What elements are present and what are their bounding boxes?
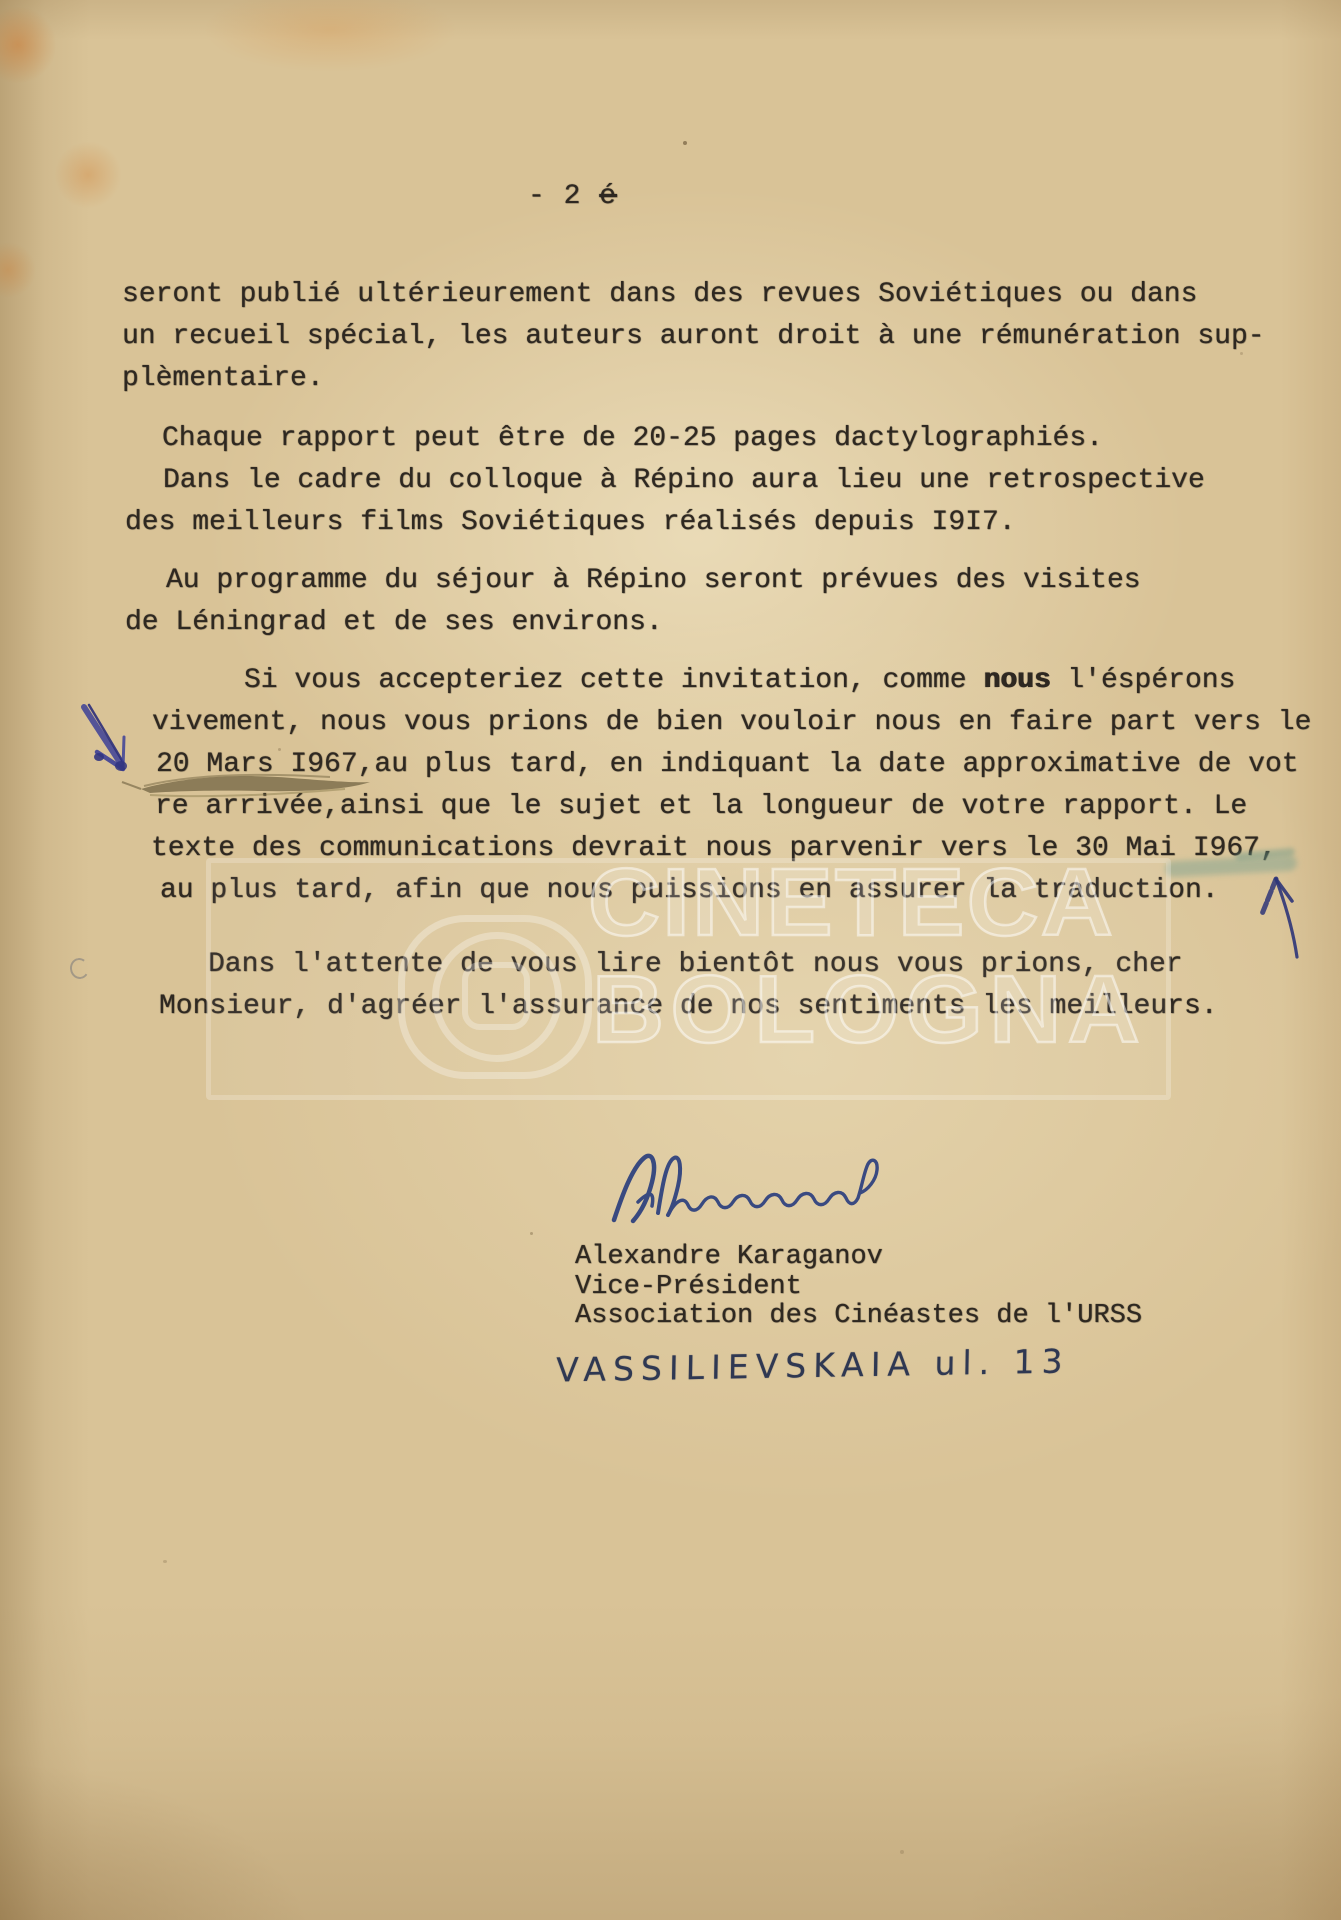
letter-line: vivement, nous vous prions de bien voulo… <box>152 702 1341 744</box>
letter-line: au plus tard, afin que nous puissions en… <box>160 870 1341 912</box>
letter-line: Dans le cadre du colloque à Répino aura … <box>163 460 1341 502</box>
letter-line: Chaque rapport peut être de 20-25 pages … <box>162 418 1341 460</box>
paper-speck <box>163 1560 167 1563</box>
down-arrow-icon <box>84 705 127 771</box>
letter-line: des meilleurs films Soviétiques réalisés… <box>125 502 1341 544</box>
letter-line: un recueil spécial, les auteurs auront d… <box>122 316 1341 358</box>
letter-line-segment: l'éspérons <box>1051 665 1236 696</box>
letter-body: seront publié ultérieurement dans des re… <box>122 274 1341 1028</box>
margin-c-mark <box>68 957 90 981</box>
signer-title: Vice-Président <box>575 1273 1142 1303</box>
signer-name: Alexandre Karaganov <box>575 1243 1142 1273</box>
paper-speck <box>900 1850 904 1854</box>
letter-line: Au programme du séjour à Répino seront p… <box>166 560 1341 602</box>
paper-speck <box>1240 352 1243 355</box>
letter-line: seront publié ultérieurement dans des re… <box>122 274 1341 316</box>
handwritten-signature <box>614 1156 877 1221</box>
letter-line: re arrivée,ainsi que le sujet et la long… <box>155 786 1341 828</box>
closing-block: Alexandre Karaganov Vice-Président Assoc… <box>575 1243 1142 1332</box>
page-number: - 2 é <box>528 176 617 218</box>
paper-speck <box>530 1232 533 1235</box>
signer-organization: Association des Cinéastes de l'URSS <box>575 1302 1142 1332</box>
letter-line: Si vous accepteriez cette invitation, co… <box>244 660 1341 702</box>
letter-line: texte des communications devrait nous pa… <box>151 828 1341 870</box>
page-number-struck-char: é <box>599 181 617 212</box>
paper-speck <box>278 748 281 751</box>
letter-scan-page: - 2 é seront publié ultérieurement dans … <box>0 0 1341 1920</box>
letter-line: de Léningrad et de ses environs. <box>125 602 1341 644</box>
letter-line: plèmentaire. <box>122 358 1341 400</box>
letter-line-overstruck-word: nous <box>983 665 1050 696</box>
letter-line: Dans l'attente de vous lire bientôt nous… <box>208 944 1341 986</box>
paper-speck <box>683 141 687 145</box>
letter-line: 20 Mars I967,au plus tard, en indiquant … <box>156 744 1341 786</box>
handwritten-address: VASSILIEVSKAIA ul. 13 <box>556 1342 1070 1390</box>
letter-line-segment: Si vous accepteriez cette invitation, co… <box>244 665 983 696</box>
page-number-label: - 2 <box>528 181 599 212</box>
letter-line: Monsieur, d'agréer l'assurance de nos se… <box>159 986 1341 1028</box>
